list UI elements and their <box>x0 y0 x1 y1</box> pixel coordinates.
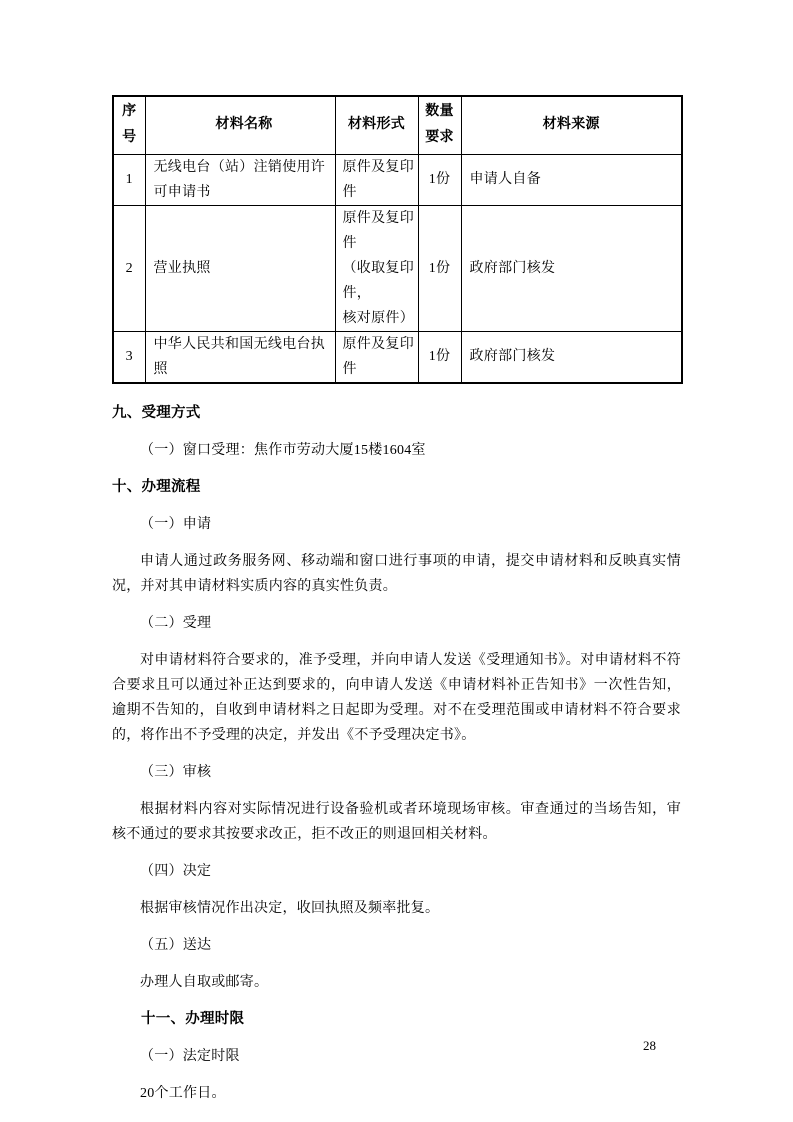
cell-number: 3 <box>113 331 145 383</box>
application-paragraph: 申请人通过政务服务网、移动端和窗口进行事项的申请，提交申请材料和反映真实情况，并… <box>112 549 681 599</box>
cell-name: 营业执照 <box>145 205 335 331</box>
decision-paragraph: 根据审核情况作出决定，收回执照及频率批复。 <box>112 896 681 921</box>
document-content: 序 号 材料名称 材料形式 数量 要求 材料来源 1 无线电台（站）注销使用许可… <box>112 0 681 1106</box>
cell-qty: 1份 <box>418 205 461 331</box>
step-heading-review: （三）审核 <box>112 760 681 785</box>
table-row: 2 营业执照 原件及复印件 （收取复印件， 核对原件） 1份 政府部门核发 <box>113 205 682 331</box>
body-text: 九、受理方式 （一）窗口受理：焦作市劳动大厦15楼1604室 十、办理流程 （一… <box>112 401 681 1106</box>
header-cell-name: 材料名称 <box>145 96 335 154</box>
step-heading-application: （一）申请 <box>112 512 681 537</box>
cell-qty: 1份 <box>418 331 461 383</box>
window-acceptance-line: （一）窗口受理：焦作市劳动大厦15楼1604室 <box>112 438 681 463</box>
step-heading-legal-limit: （一）法定时限 <box>112 1044 681 1069</box>
cell-name: 无线电台（站）注销使用许可申请书 <box>145 154 335 205</box>
legal-limit-paragraph: 20个工作日。 <box>112 1081 681 1106</box>
cell-source: 政府部门核发 <box>461 331 682 383</box>
header-cell-form: 材料形式 <box>335 96 418 154</box>
table-header-row: 序 号 材料名称 材料形式 数量 要求 材料来源 <box>113 96 682 154</box>
table-row: 3 中华人民共和国无线电台执照 原件及复印件 1份 政府部门核发 <box>113 331 682 383</box>
section-heading-10: 十、办理流程 <box>112 475 681 500</box>
header-cell-qty: 数量 要求 <box>418 96 461 154</box>
step-heading-delivery: （五）送达 <box>112 933 681 958</box>
cell-form: 原件及复印件 <box>335 331 418 383</box>
step-heading-decision: （四）决定 <box>112 859 681 884</box>
cell-name: 中华人民共和国无线电台执照 <box>145 331 335 383</box>
table-row: 1 无线电台（站）注销使用许可申请书 原件及复印件 1份 申请人自备 <box>113 154 682 205</box>
cell-qty: 1份 <box>418 154 461 205</box>
document-page: 序 号 材料名称 材料形式 数量 要求 材料来源 1 无线电台（站）注销使用许可… <box>0 0 793 1122</box>
header-cell-source: 材料来源 <box>461 96 682 154</box>
cell-source: 申请人自备 <box>461 154 682 205</box>
cell-number: 1 <box>113 154 145 205</box>
step-heading-acceptance: （二）受理 <box>112 611 681 636</box>
cell-number: 2 <box>113 205 145 331</box>
delivery-paragraph: 办理人自取或邮寄。 <box>112 970 681 995</box>
header-cell-number: 序 号 <box>113 96 145 154</box>
materials-table: 序 号 材料名称 材料形式 数量 要求 材料来源 1 无线电台（站）注销使用许可… <box>112 95 683 384</box>
section-heading-11: 十一、办理时限 <box>112 1007 681 1032</box>
cell-source: 政府部门核发 <box>461 205 682 331</box>
cell-form: 原件及复印件 （收取复印件， 核对原件） <box>335 205 418 331</box>
section-heading-9: 九、受理方式 <box>112 401 681 426</box>
review-paragraph: 根据材料内容对实际情况进行设备验机或者环境现场审核。审查通过的当场告知，审核不通… <box>112 797 681 847</box>
cell-form: 原件及复印件 <box>335 154 418 205</box>
acceptance-paragraph: 对申请材料符合要求的，准予受理，并向申请人发送《受理通知书》。对申请材料不符合要… <box>112 648 681 748</box>
page-number: 28 <box>643 1038 656 1054</box>
